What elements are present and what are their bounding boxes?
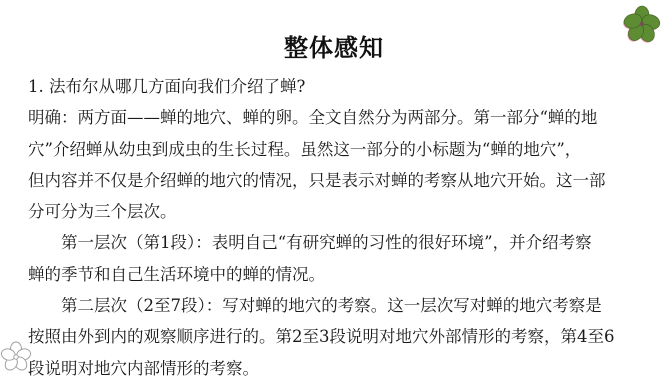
clover-icon [622, 4, 662, 44]
answer-line: 第一层次（第1段）：表明自己“有研究蝉的习性的很好环境”，并介绍考察 [28, 227, 638, 258]
answer-line: 蝉的季节和自己生活环境中的蝉的情况。 [28, 259, 638, 290]
question-text: 1. 法布尔从哪几方面向我们介绍了蝉? [28, 71, 638, 102]
answer-line: 穴”介绍蝉从幼虫到成虫的生长过程。虽然这一部分的小标题为“蝉的地穴”， [28, 134, 638, 165]
answer-line: 第二层次（2至7段）：写对蝉的地穴的考察。这一层次写对蝉的地穴考察是 [28, 290, 638, 321]
answer-line: 按照由外到内的观察顺序进行的。第2至3段说明对地穴外部情形的考察，第4至6 [28, 321, 638, 352]
answer-line: 分可分为三个层次。 [28, 196, 638, 227]
answer-line: 但内容并不仅是介绍蝉的地穴的情况，只是表示对蝉的考察从地穴开始。这一部 [28, 165, 638, 196]
slide: 整体感知 1. 法布尔从哪几方面向我们介绍了蝉? 明确：两方面——蝉的地穴、蝉的… [0, 0, 668, 376]
body-text: 1. 法布尔从哪几方面向我们介绍了蝉? 明确：两方面——蝉的地穴、蝉的卵。全文自… [28, 71, 638, 376]
slide-title: 整体感知 [0, 28, 668, 63]
answer-line: 段说明对地穴内部情形的考察。 [28, 353, 638, 376]
answer-line: 明确：两方面——蝉的地穴、蝉的卵。全文自然分为两部分。第一部分“蝉的地 [28, 102, 638, 133]
flower-icon [0, 341, 32, 373]
